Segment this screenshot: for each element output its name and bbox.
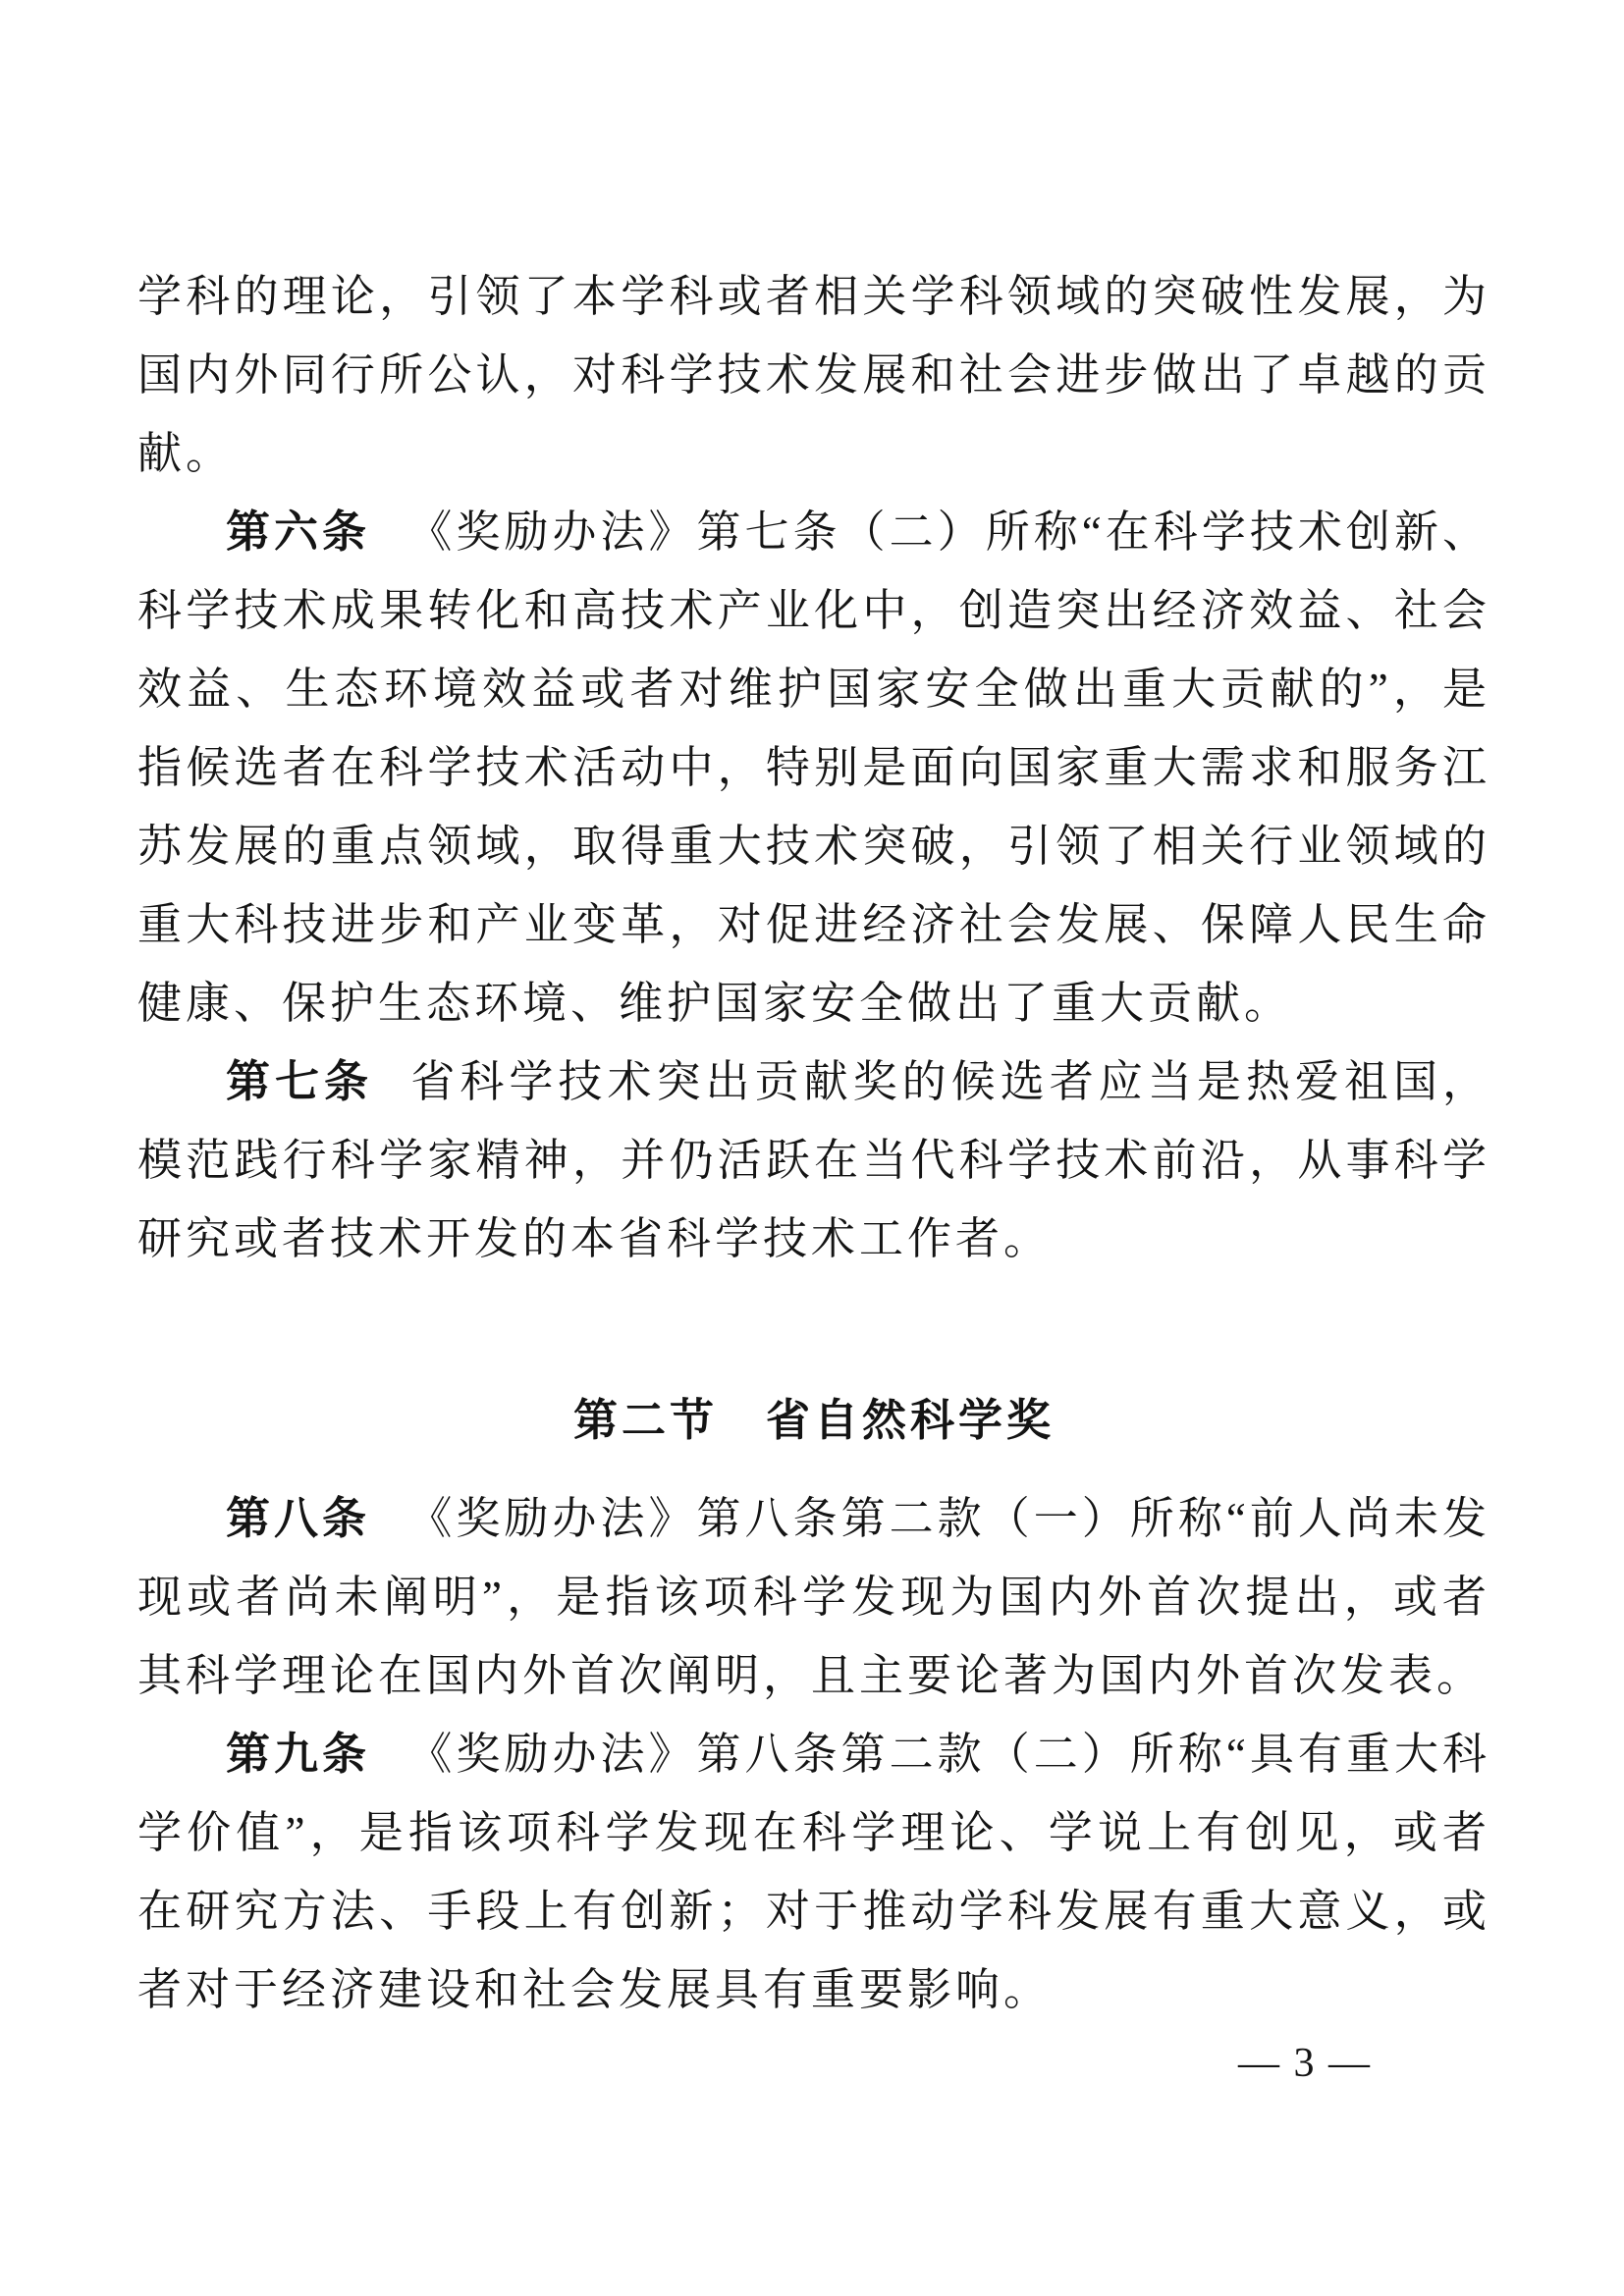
article-6-text: 《奖励办法》第七条（二）所称“在科学技术创新、科学技术成果转化和高技术产业化中，… xyxy=(137,507,1490,1028)
section-heading: 第二节 省自然科学奖 xyxy=(137,1381,1490,1460)
document-page: 学科的理论，引领了本学科或者相关学科领域的突破性发展，为国内外同行所公认，对科学… xyxy=(0,0,1624,2296)
article-7-paragraph: 第七条省科学技术突出贡献奖的候选者应当是热爱祖国，模范践行科学家精神，并仍活跃在… xyxy=(137,1042,1490,1278)
document-body: 学科的理论，引领了本学科或者相关学科领域的突破性发展，为国内外同行所公认，对科学… xyxy=(137,257,1490,2029)
article-6-paragraph: 第六条《奖励办法》第七条（二）所称“在科学技术创新、科学技术成果转化和高技术产业… xyxy=(137,493,1490,1042)
continuation-paragraph: 学科的理论，引领了本学科或者相关学科领域的突破性发展，为国内外同行所公认，对科学… xyxy=(137,257,1490,493)
article-8-label: 第八条 xyxy=(226,1493,370,1543)
article-7-label: 第七条 xyxy=(226,1056,373,1106)
article-8-paragraph: 第八条《奖励办法》第八条第二款（一）所称“前人尚未发现或者尚未阐明”，是指该项科… xyxy=(137,1479,1490,1715)
article-9-label: 第九条 xyxy=(226,1729,370,1779)
article-9-paragraph: 第九条《奖励办法》第八条第二款（二）所称“具有重大科学价值”，是指该项科学发现在… xyxy=(137,1715,1490,2029)
page-number: — 3 — xyxy=(1238,2034,1372,2093)
article-6-label: 第六条 xyxy=(226,507,370,557)
